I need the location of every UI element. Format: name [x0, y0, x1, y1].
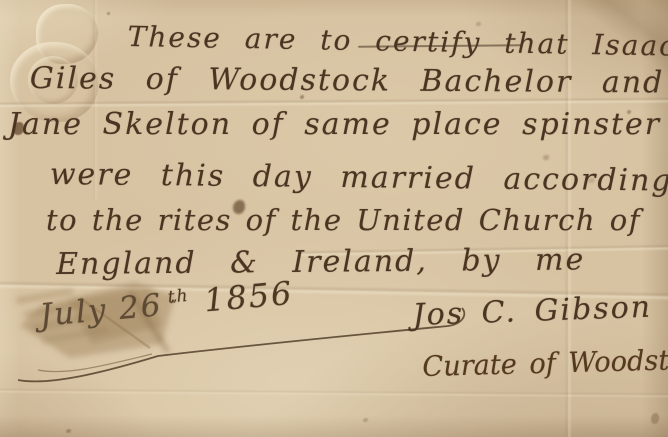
- date-year: 1856: [202, 274, 294, 320]
- signature: Jos C. Gibson: [412, 290, 653, 333]
- certificate-line-4: were this day married according: [50, 157, 668, 199]
- certificate-line-2: Giles of Woodstock Bachelor and: [30, 61, 665, 100]
- certificate-line-5: to the rites of the United Church of: [46, 203, 641, 237]
- certificate-line-6: England & Ireland, by me: [56, 242, 585, 282]
- foxing-spot: [651, 413, 659, 424]
- date-ordinal: th„: [166, 273, 195, 311]
- foxing-spot: [66, 429, 71, 433]
- foxing-spot: [363, 418, 368, 422]
- certificate-line-1: These are to certify that Isaac: [127, 20, 668, 63]
- date-ditto-mark: „: [169, 289, 180, 306]
- foxing-spot: [543, 155, 549, 160]
- certificate-line-3: Jane Skelton of same place spinster: [8, 107, 661, 142]
- signature-title: Curate of Woodstock: [422, 342, 668, 383]
- certificate-document-photo: These are to certify that Isaac Giles of…: [0, 0, 668, 437]
